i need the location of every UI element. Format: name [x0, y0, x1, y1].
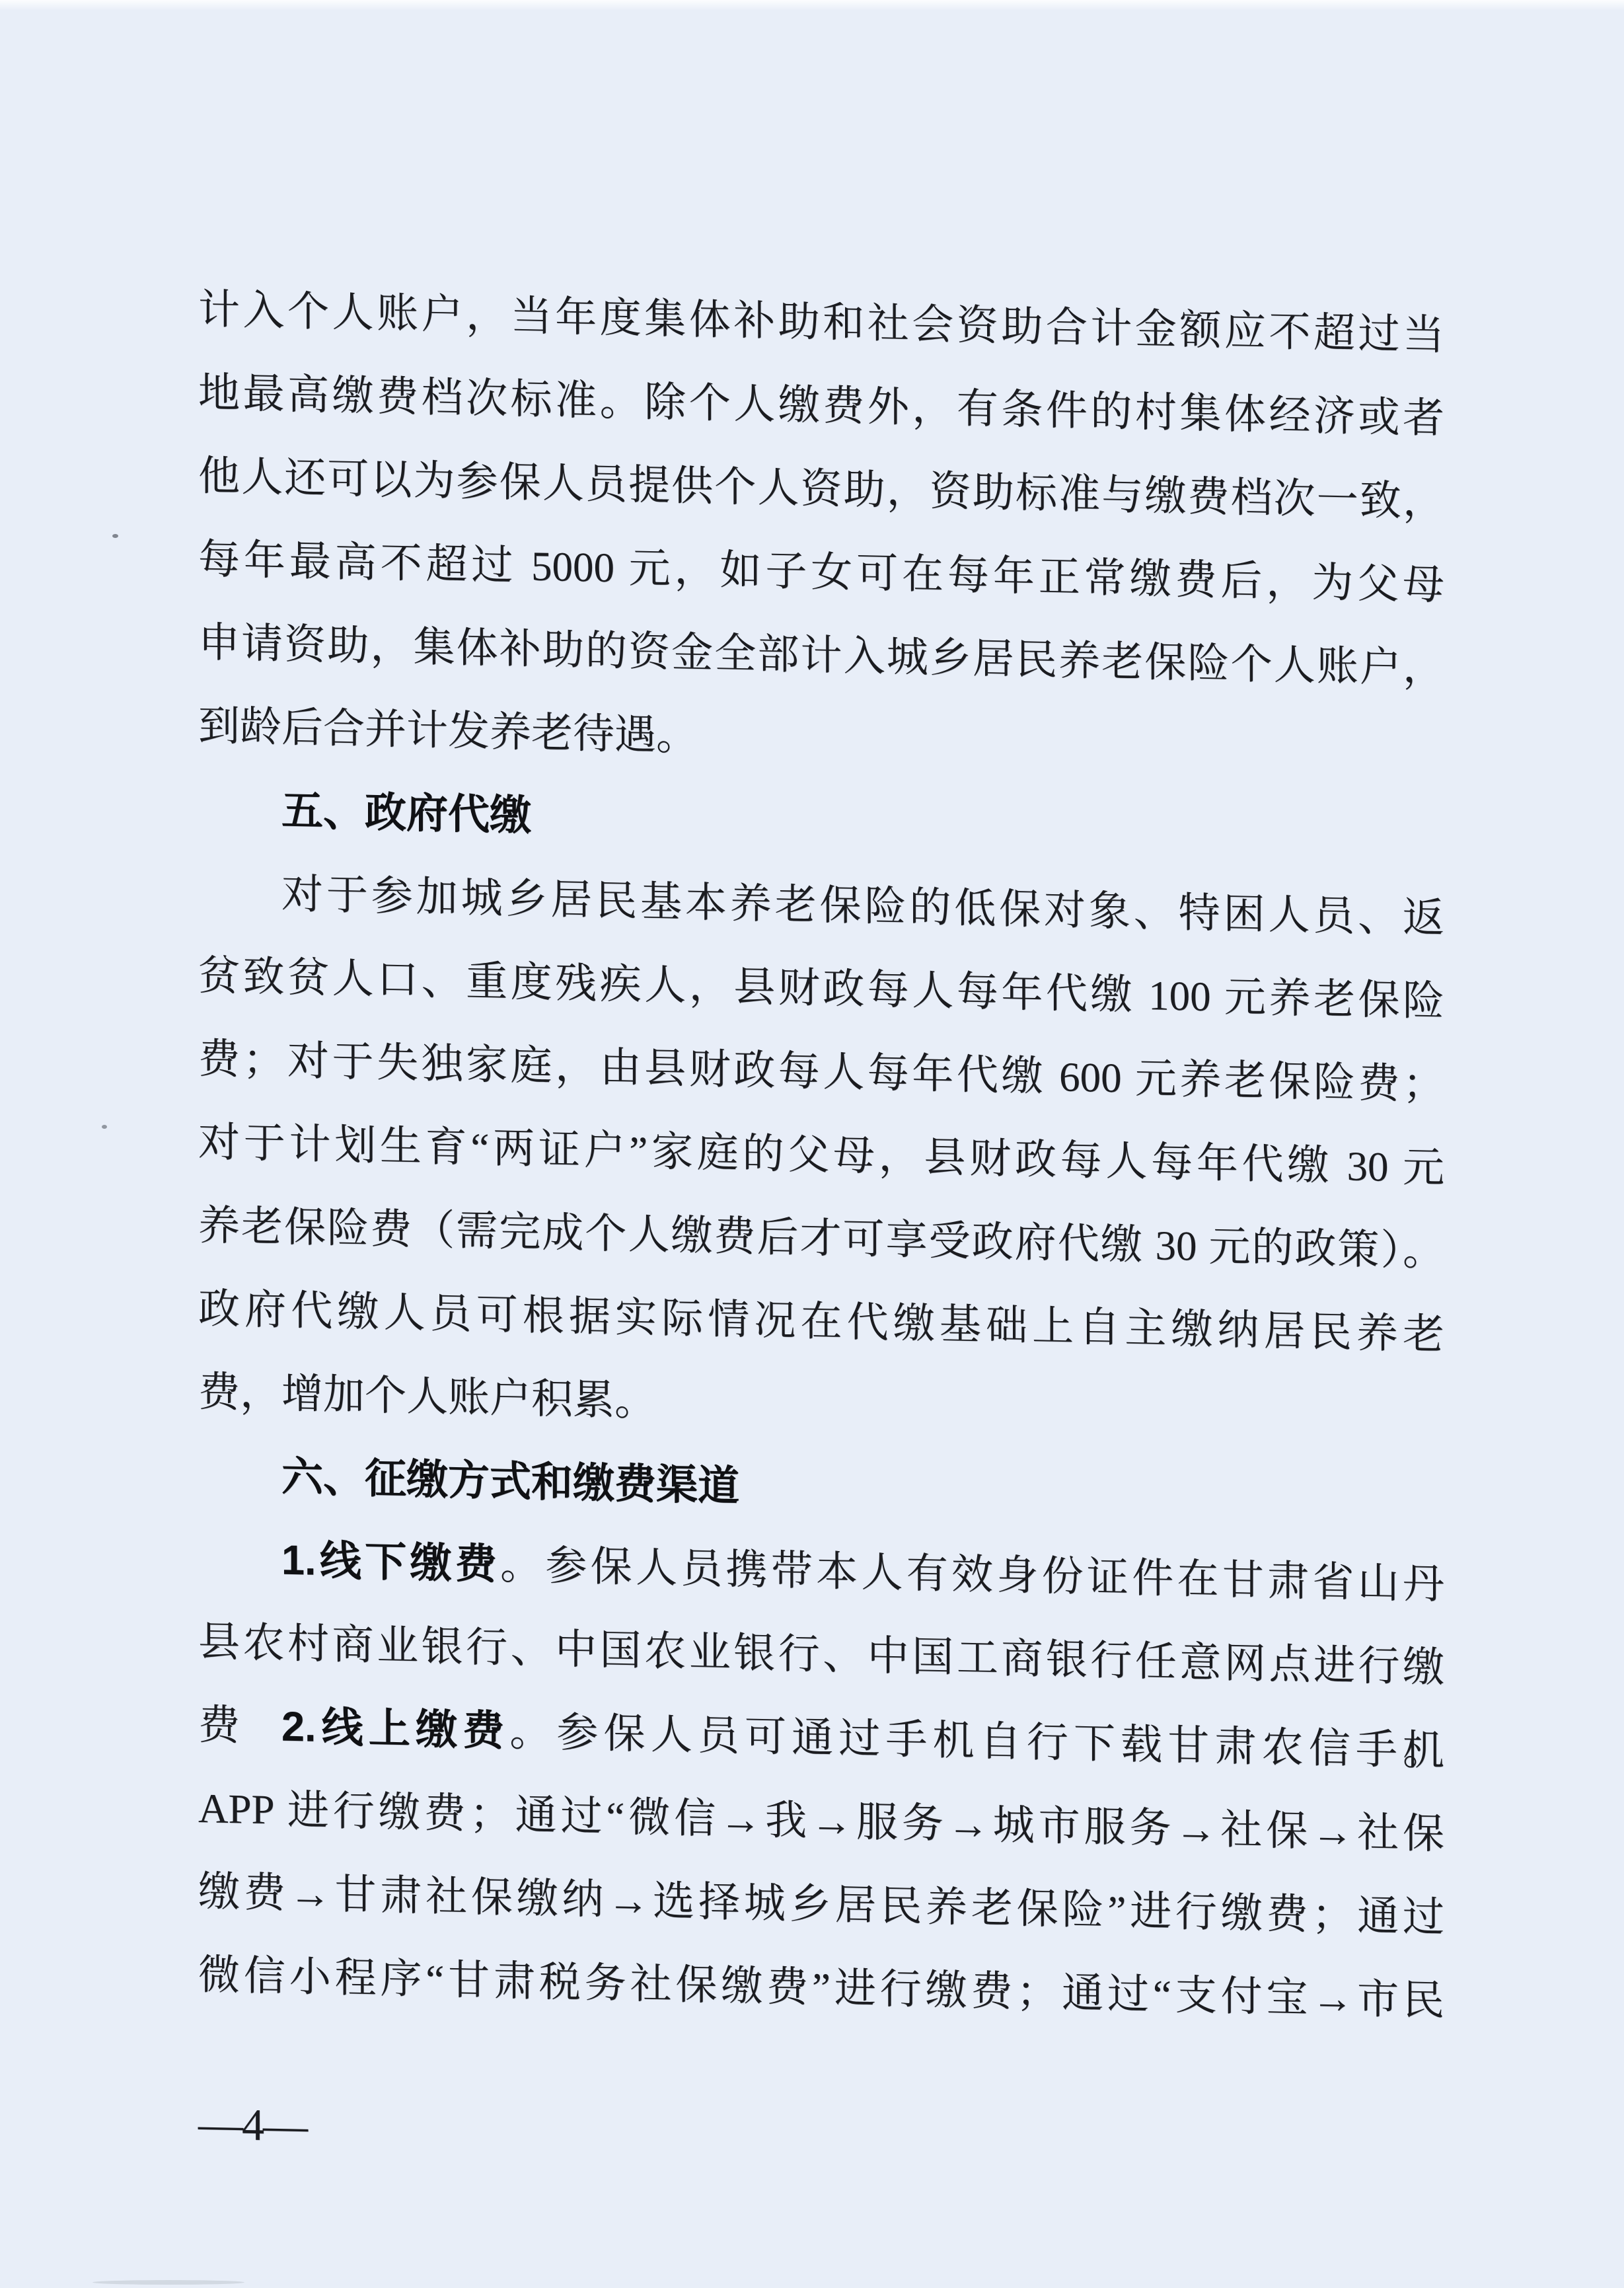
text-run: 计入个人账户，当年度集体补助和社会资助合计金额应不超过当: [198, 286, 1444, 359]
bold-run: 1.线下缴费: [281, 1537, 500, 1588]
text-run: 费，增加个人账户积累。: [198, 1369, 656, 1425]
text-run: 政府代缴人员可根据实际情况在代缴基础上自主缴纳居民养老: [198, 1285, 1444, 1358]
bold-run: 五、政府代缴: [281, 788, 531, 839]
text-run: 费；对于失独家庭，由县财政每人每年代缴 600 元养老保险费；: [198, 1036, 1444, 1108]
bold-run: 六、征缴方式和缴费渠道: [281, 1454, 739, 1510]
text-run: 贫致贫人口、重度残疾人，县财政每人每年代缴 100 元养老保险: [198, 952, 1444, 1025]
text-run: 申请资助，集体补助的资金全部计入城乡居民养老保险个人账户，: [198, 619, 1444, 692]
document-page: 计入个人账户，当年度集体补助和社会资助合计金额应不超过当地最高缴费档次标准。除个…: [0, 0, 1624, 2288]
scan-speck-1: [112, 534, 118, 538]
text-run: 。参保人员携带本人有效身份证件在甘肃省山丹: [500, 1542, 1444, 1608]
text-run: 到龄后合并计发养老待遇。: [198, 703, 698, 759]
text-run: 微信小程序“甘肃税务社保缴费”进行缴费；通过“支付宝→市民: [198, 1952, 1444, 2024]
text-run: 对于计划生育“两证户”家庭的父母，县财政每人每年代缴 30 元: [198, 1119, 1444, 1192]
text-run: 养老保险费（需完成个人缴费后才可享受政府代缴 30 元的政策）。: [198, 1202, 1444, 1275]
page-number: —4—: [198, 2090, 1444, 2183]
text-run: 对于参加城乡居民基本养老保险的低保对象、特困人员、返: [281, 871, 1444, 942]
text-block: 计入个人账户，当年度集体补助和社会资助合计金额应不超过当地最高缴费档次标准。除个…: [198, 268, 1444, 2183]
text-run: 他人还可以为参保人员提供个人资助，资助标准与缴费档次一致，: [198, 453, 1444, 525]
scan-top-sheen: [0, 0, 1624, 11]
scan-speck-2: [102, 1125, 107, 1129]
bold-run: 2.线上缴费: [281, 1704, 509, 1755]
text-run: 每年最高不超过 5000 元，如子女可在每年正常缴费后，为父母: [198, 536, 1444, 609]
text-run: 缴费→甘肃社保缴纳→选择城乡居民养老保险”进行缴费；通过: [198, 1868, 1444, 1941]
scan-speck-3: [92, 2280, 244, 2285]
text-run: APP 进行缴费；通过“微信→我→服务→城市服务→社保→社保: [198, 1785, 1444, 1858]
text-run: 地最高缴费档次标准。除个人缴费外，有条件的村集体经济或者: [198, 369, 1444, 442]
text-run: 。参保人员可通过手机自行下载甘肃农信手机: [509, 1708, 1444, 1774]
